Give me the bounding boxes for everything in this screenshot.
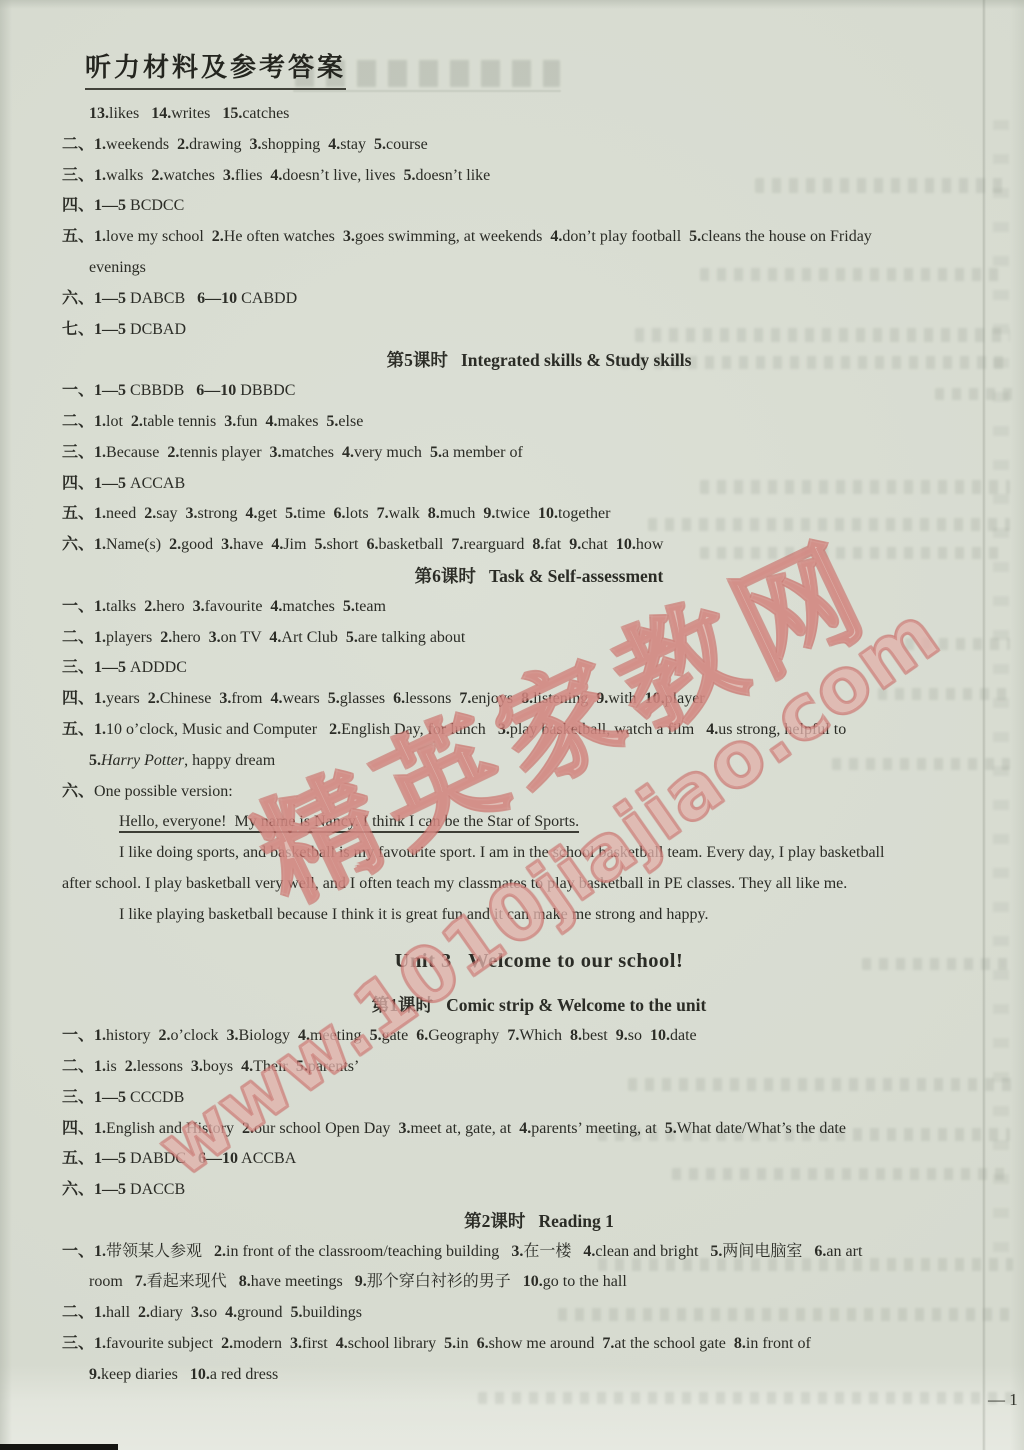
answer-line: 六、1—5 DABCB 6—10 CABDD <box>62 284 1016 315</box>
answer-line: 五、1.need 2.say 3.strong 4.get 5.time 6.l… <box>62 499 1016 530</box>
answer-line: 二、1.is 2.lessons 3.boys 4.Their 5.parent… <box>62 1052 1016 1083</box>
essay-line: I like playing basketball because I thin… <box>62 900 1016 931</box>
answer-line: 四、1.years 2.Chinese 3.from 4.wears 5.gla… <box>62 684 1016 715</box>
answer-line: 四、1—5 BCDCC <box>62 191 1016 222</box>
page-number: — 1 <box>988 1390 1018 1410</box>
answer-line: 六、1.Name(s) 2.good 3.have 4.Jim 5.short … <box>62 530 1016 561</box>
answer-line: 5.Harry Potter, happy dream <box>62 746 1016 777</box>
answer-line: 三、1.favourite subject 2.modern 3.first 4… <box>62 1329 1016 1360</box>
answer-line: 三、1—5 CCCDB <box>62 1083 1016 1114</box>
answer-line: 二、1.weekends 2.drawing 3.shopping 4.stay… <box>62 130 1016 161</box>
essay-line: after school. I play basketball very wel… <box>62 869 1016 900</box>
answer-line: 五、1—5 DABDC 6—10 ACCBA <box>62 1144 1016 1175</box>
answer-line: 13.likes 14.writes 15.catches <box>62 99 1016 130</box>
answer-line: 三、1.walks 2.watches 3.flies 4.doesn’t li… <box>62 161 1016 192</box>
scan-edge-strip <box>0 1444 118 1450</box>
answer-line: 三、1—5 ADDDC <box>62 653 1016 684</box>
section-heading: 第2课时 Reading 1 <box>62 1206 1016 1237</box>
answer-line: 二、1.lot 2.table tennis 3.fun 4.makes 5.e… <box>62 407 1016 438</box>
section-heading: 第1课时 Comic strip & Welcome to the unit <box>62 990 1016 1021</box>
answer-line: 一、1.talks 2.hero 3.favourite 4.matches 5… <box>62 592 1016 623</box>
answer-line: evenings <box>62 253 1016 284</box>
essay-line: I like doing sports, and basketball is m… <box>62 838 1016 869</box>
answer-line: 一、1—5 CBBDB 6—10 DBBDC <box>62 376 1016 407</box>
answer-line: 9.keep diaries 10.a red dress <box>62 1360 1016 1391</box>
answer-line: 五、1.love my school 2.He often watches 3.… <box>62 222 1016 253</box>
section-heading: 第6课时 Task & Self-assessment <box>62 561 1016 592</box>
answer-line: 二、1.players 2.hero 3.on TV 4.Art Club 5.… <box>62 623 1016 654</box>
answer-line: 五、1.10 o’clock, Music and Computer 2.Eng… <box>62 715 1016 746</box>
answer-line: 四、1—5 ACCAB <box>62 469 1016 500</box>
answer-line: 一、1.带领某人参观 2.in front of the classroom/t… <box>62 1237 1016 1268</box>
bleedthrough-noise <box>293 90 561 92</box>
answer-line: 四、1.English and History 2.our school Ope… <box>62 1114 1016 1145</box>
page-title: 听力材料及参考答案 <box>85 52 346 90</box>
bleedthrough-noise <box>478 1392 1018 1404</box>
answer-line: 三、1.Because 2.tennis player 3.matches 4.… <box>62 438 1016 469</box>
answer-line: 六、1—5 DACCB <box>62 1175 1016 1206</box>
answer-line: 七、1—5 DCBAD <box>62 315 1016 346</box>
answer-line: 一、1.history 2.o’clock 3.Biology 4.meetin… <box>62 1021 1016 1052</box>
answer-line: room 7.看起来现代 8.have meetings 9.那个穿白衬衫的男子… <box>62 1267 1016 1298</box>
answers-list: 13.likes 14.writes 15.catches二、1.weekend… <box>62 99 1016 1391</box>
unit-heading: Unit 3 Welcome to our school! <box>62 946 1016 977</box>
section-heading: 第5课时 Integrated skills & Study skills <box>62 345 1016 376</box>
answer-line: 二、1.hall 2.diary 3.so 4.ground 5.buildin… <box>62 1298 1016 1329</box>
essay-line: Hello, everyone! My name is Nancy. I thi… <box>62 807 1016 838</box>
answer-line: 六、One possible version: <box>62 777 1016 808</box>
